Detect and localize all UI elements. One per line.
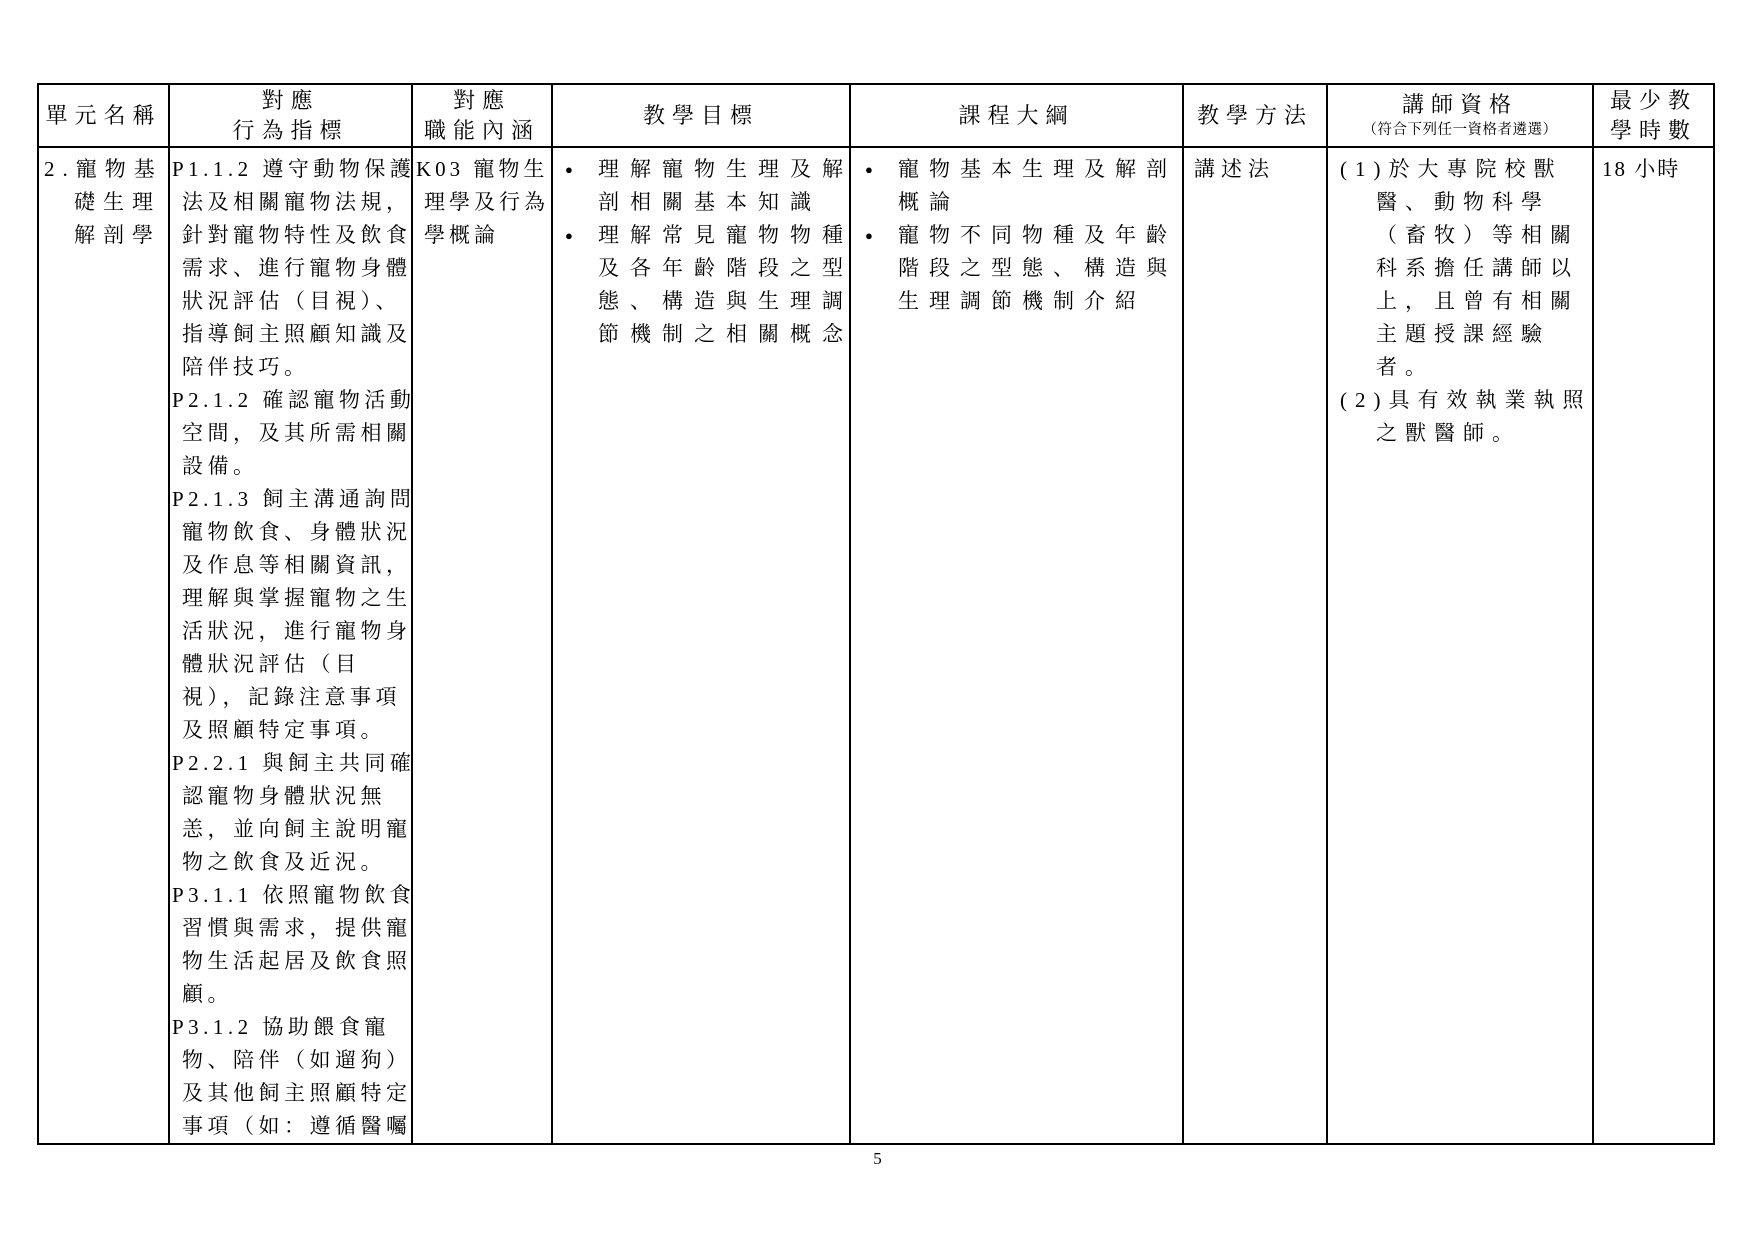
text-line: 醫、動物科學 [1376,186,1590,219]
text-line: 體狀況評估（目 [182,648,409,681]
text-line: 主題授課經驗 [1376,318,1590,351]
text-line: P2.1.2 確認寵物活動 [172,384,409,417]
text-line: 物、陪伴（如遛狗） [182,1044,409,1077]
header-teaching-method: 教學方法 [1183,84,1327,147]
text-line: 解剖學 [74,219,166,252]
text-line: 法及相關寵物法規， [182,186,409,219]
header-label: 單元名稱 [39,101,168,131]
text-line: 節機制之相關概念 [598,318,847,351]
text-line: 剖相關基本知識 [598,186,847,219]
text-line: 理解與掌握寵物之生 [182,582,409,615]
header-behavior-indicators: 對應行為指標 [169,84,412,147]
text-line: 學時數 [1594,116,1713,146]
text-line: 認寵物身體狀況無 [182,780,409,813]
curriculum-table: 單元名稱 對應行為指標 對應職能內涵 教學目標 課程大綱 教學方法 講師資格 （… [37,83,1715,1145]
text-line: 態、構造與生理調 [598,285,847,318]
cell-course-outline: ●寵物基本生理及解剖概論●寵物不同物種及年齡階段之型態、構造與生理調節機制介紹 [850,147,1183,1144]
text-line: 礎生理 [74,186,166,219]
text-line: ●寵物基本生理及解剖 [865,153,1180,186]
text-line: 設備。 [182,450,409,483]
text-line: K03 寵物生 [416,153,549,186]
text-line: 習慣與需求，提供寵 [182,912,409,945]
text-line: 陪伴技巧。 [182,351,409,384]
text-line: 及其他飼主照顧特定 [182,1077,409,1110]
text-line: 物生活起居及飲食照 [182,945,409,978]
header-label: 教學目標 [553,101,849,131]
text-line: 對應 [413,86,551,116]
text-line: 針對寵物特性及飲食 [182,219,409,252]
text-line: 2.寵物基 [44,153,166,186]
header-label: 對應行為指標 [170,86,411,146]
text-line: 物之飲食及近況。 [182,846,409,879]
text-line: (2)具有效執業執照 [1340,384,1590,417]
cell-unit-name: 2.寵物基礎生理解剖學 [38,147,169,1144]
text-line: (1)於大專院校獸 [1340,153,1590,186]
text-line: ●理解寵物生理及解 [565,153,847,186]
page-number: 5 [0,1149,1755,1169]
header-course-outline: 課程大綱 [850,84,1183,147]
text-line: P3.1.2 協助餵食寵 [172,1011,409,1044]
cell-instructor-qualifications: (1)於大專院校獸醫、動物科學（畜牧）等相關科系擔任講師以上，且曾有相關主題授課… [1327,147,1593,1144]
text-line: （畜牧）等相關 [1376,219,1590,252]
text-line: 單元名稱 [39,101,168,131]
text-line: P2.1.3 飼主溝通詢問 [172,483,409,516]
text-line: 上，且曾有相關 [1376,285,1590,318]
header-qualifications-note: （符合下列任一資格者遴選） [1328,120,1592,141]
text-line: 需求、進行寵物身體 [182,252,409,285]
text-line: 寵物飲食、身體狀況 [182,516,409,549]
text-line: 顧。 [182,978,409,1011]
text-line: 階段之型態、構造與 [898,252,1180,285]
text-line: 生理調節機制介紹 [898,285,1180,318]
text-line: 教學方法 [1184,101,1326,131]
text-line: 指導飼主照顧知識及 [182,318,409,351]
text-line: 視），記錄注意事項 [182,681,409,714]
bullet-icon: ● [865,219,898,252]
cell-behavior-indicators: P1.1.2 遵守動物保護法及相關寵物法規，針對寵物特性及飲食需求、進行寵物身體… [169,147,412,1144]
header-label: 最少教學時數 [1594,86,1713,146]
text-line: 教學目標 [553,101,849,131]
cell-teaching-objectives: ●理解寵物生理及解剖相關基本知識●理解常見寵物物種及各年齡階段之型態、構造與生理… [552,147,850,1144]
text-line: ●理解常見寵物物種 [565,219,847,252]
table-body-row: 2.寵物基礎生理解剖學 P1.1.2 遵守動物保護法及相關寵物法規，針對寵物特性… [38,147,1714,1144]
text-line: 18 小時 [1602,153,1711,186]
text-line: 講述法 [1194,153,1324,186]
bullet-icon: ● [565,219,598,252]
text-line: 活狀況，進行寵物身 [182,615,409,648]
text-line: 空間，及其所需相關 [182,417,409,450]
text-line: 理學及行為 [424,186,549,219]
header-competency-content: 對應職能內涵 [412,84,552,147]
header-label: 講師資格 [1328,90,1592,120]
text-line: ●寵物不同物種及年齡 [865,219,1180,252]
text-line: 及作息等相關資訊， [182,549,409,582]
text-line: 者。 [1376,351,1590,384]
header-label: 課程大綱 [851,101,1182,131]
text-line: 概論 [898,186,1180,219]
text-line: P1.1.2 遵守動物保護 [172,153,409,186]
text-line: 及各年齡階段之型 [598,252,847,285]
bullet-icon: ● [865,153,898,186]
header-label: 對應職能內涵 [413,86,551,146]
text-line: 職能內涵 [413,116,551,146]
header-min-teaching-hours: 最少教學時數 [1593,84,1714,147]
table-header-row: 單元名稱 對應行為指標 對應職能內涵 教學目標 課程大綱 教學方法 講師資格 （… [38,84,1714,147]
text-line: P2.2.1 與飼主共同確 [172,747,409,780]
text-line: P3.1.1 依照寵物飲食 [172,879,409,912]
header-teaching-objectives: 教學目標 [552,84,850,147]
text-line: 及照顧特定事項。 [182,714,409,747]
header-label: 教學方法 [1184,101,1326,131]
text-line: 對應 [170,86,411,116]
text-line: 學概論 [424,219,549,252]
text-line: 課程大綱 [851,101,1182,131]
text-line: 恙，並向飼主說明寵 [182,813,409,846]
cell-min-teaching-hours: 18 小時 [1593,147,1714,1144]
text-line: 行為指標 [170,116,411,146]
text-line: 最少教 [1594,86,1713,116]
document-page: 單元名稱 對應行為指標 對應職能內涵 教學目標 課程大綱 教學方法 講師資格 （… [0,0,1755,1240]
header-unit-name: 單元名稱 [38,84,169,147]
text-line: 科系擔任講師以 [1376,252,1590,285]
header-instructor-qualifications: 講師資格 （符合下列任一資格者遴選） [1327,84,1593,147]
bullet-icon: ● [565,153,598,186]
text-line: 講師資格 [1328,90,1592,120]
text-line: 狀況評估（目視）、 [182,285,409,318]
text-line: 之獸醫師。 [1376,417,1590,450]
cell-teaching-method: 講述法 [1183,147,1327,1144]
text-line: 事項（如：遵循醫囑 [182,1110,409,1143]
cell-competency-content: K03 寵物生理學及行為學概論 [412,147,552,1144]
